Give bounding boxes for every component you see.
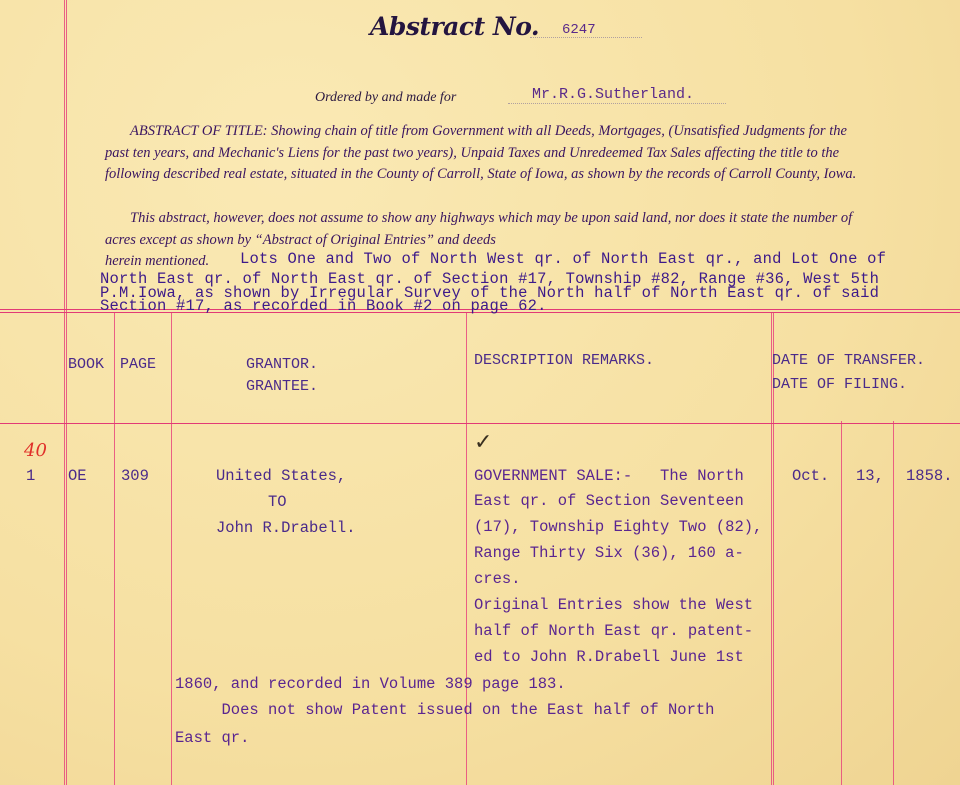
description-line: (17), Township Eighty Two (82),: [474, 518, 762, 536]
day-column-rule: [841, 421, 842, 785]
header-date-filing: DATE OF FILING.: [772, 376, 907, 393]
document-title: Abstract No.: [370, 12, 539, 41]
description-line: half of North East qr. patent-: [474, 622, 753, 640]
header-date-transfer: DATE OF TRANSFER.: [772, 352, 925, 369]
remarks-wide-line: 1860, and recorded in Volume 389 page 18…: [175, 675, 566, 693]
book-column-rule: [114, 313, 115, 785]
ordered-for-value: Mr.R.G.Sutherland.: [508, 86, 726, 104]
header-bottom-rule: [0, 423, 960, 424]
page-value: 309: [121, 467, 149, 485]
page-column-rule: [171, 313, 172, 785]
description-line: East qr. of Section Seventeen: [474, 492, 744, 510]
ordered-for-label: Ordered by and made for: [315, 90, 456, 106]
disclaimer-paragraph: This abstract, however, does not assume …: [105, 208, 865, 251]
disclaimer-text: This abstract, however, does not assume …: [105, 210, 852, 248]
date-year: 1858.: [906, 467, 953, 485]
year-column-rule: [893, 421, 894, 785]
description-line: Original Entries show the West: [474, 596, 753, 614]
header-description: DESCRIPTION REMARKS.: [474, 352, 654, 369]
grantor-value: United States,: [216, 467, 346, 485]
description-line: ed to John R.Drabell June 1st: [474, 648, 744, 666]
left-margin-rule: [64, 0, 65, 785]
description-line: cres.: [474, 570, 521, 588]
to-label: TO: [268, 493, 287, 511]
header-grantee: GRANTEE.: [246, 378, 318, 395]
remarks-wide-line: Does not show Patent issued on the East …: [175, 701, 715, 719]
date-day: 13,: [856, 467, 884, 485]
description-line: GOVERNMENT SALE:- The North: [474, 467, 744, 485]
property-line-4: Section #17, as recorded in Book #2 on p…: [100, 297, 547, 315]
abstract-number: 6247: [530, 22, 642, 38]
check-mark-icon: ✓: [474, 430, 492, 455]
abstract-of-title-paragraph: ABSTRACT OF TITLE: Showing chain of titl…: [105, 121, 865, 186]
preamble-text: ABSTRACT OF TITLE: Showing chain of titl…: [105, 123, 856, 182]
description-line: Range Thirty Six (36), 160 a-: [474, 544, 744, 562]
header-grantor: GRANTOR.: [246, 356, 318, 373]
grantee-value: John R.Drabell.: [216, 519, 356, 537]
date-month: Oct.: [792, 467, 829, 485]
header-page: PAGE: [120, 356, 156, 373]
margin-note: 40: [24, 440, 47, 461]
book-value: OE: [68, 467, 87, 485]
remarks-wide-line: East qr.: [175, 729, 249, 747]
property-line-1: Lots One and Two of North West qr. of No…: [240, 250, 886, 268]
entry-number: 1: [26, 467, 35, 485]
header-book: BOOK: [68, 356, 104, 373]
